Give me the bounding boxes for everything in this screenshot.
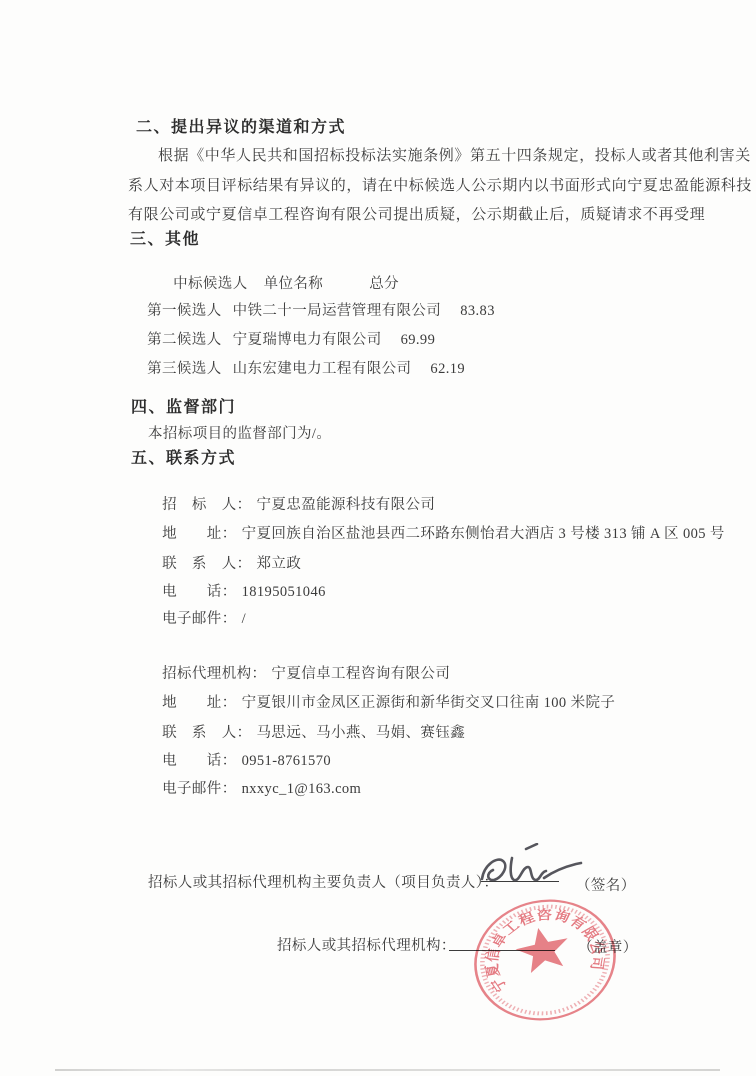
agency-email: nxxyc_1@163.com [242, 781, 362, 797]
supervision-body: 本招标项目的监督部门为/。 [148, 422, 331, 443]
section-other-heading: 三、其他 [130, 226, 200, 249]
candidate-company: 山东宏建电力工程有限公司 [233, 361, 412, 377]
candidate-row-3: 第三候选人山东宏建电力工程有限公司62.19 [131, 340, 465, 395]
candidate-rank: 第三候选人 [147, 361, 222, 377]
company-seal: 宁夏信卓工程咨询有限公司 [453, 878, 637, 1043]
objection-paragraph-line-2: 系人对本项目评标结果有异议的，请在中标候选人公示期内以书面形式向宁夏忠盈能源科技 [128, 174, 752, 195]
agency-email-label: 电子邮件： [162, 781, 237, 797]
objection-paragraph-line-1: 根据《中华人民共和国招标投标法实施条例》第五十四条规定，投标人或者其他利害关 [158, 144, 751, 165]
scanned-document-page: 二、提出异议的渠道和方式 根据《中华人民共和国招标投标法实施条例》第五十四条规定… [0, 0, 756, 1076]
signature-stroke [482, 860, 505, 880]
section-contact-heading: 五、联系方式 [131, 445, 236, 468]
tenderer-email-row: 电子邮件：/ [146, 590, 246, 645]
seal-star-icon [512, 922, 573, 975]
org-seal-label: 招标人或其招标代理机构： [277, 934, 456, 955]
tenderer-email-label: 电子邮件： [162, 611, 237, 627]
tenderer-phone: 18195051046 [242, 584, 326, 600]
scan-edge-artifact [55, 1069, 720, 1071]
signature-stroke [526, 844, 537, 849]
section-supervision-heading: 四、监督部门 [131, 394, 236, 417]
signature-stroke [544, 863, 581, 878]
agency-email-row: 电子邮件：nxxyc_1@163.com [146, 760, 361, 815]
section-objection-heading: 二、提出异议的渠道和方式 [136, 114, 346, 137]
tenderer-email: / [242, 611, 246, 627]
signature-stroke [511, 858, 546, 880]
principal-signature-label: 招标人或其招标代理机构主要负责人（项目负责人）： [148, 871, 498, 892]
candidate-score: 62.19 [430, 361, 465, 377]
objection-paragraph-line-3: 有限公司或宁夏信卓工程咨询有限公司提出质疑，公示期截止后，质疑请求不再受理 [128, 203, 705, 224]
tenderer-address: 宁夏回族自治区盐池县西二环路东侧怡君大酒店 3 号楼 313 铺 A 区 005… [242, 526, 725, 542]
candidate-score: 83.83 [460, 303, 495, 319]
